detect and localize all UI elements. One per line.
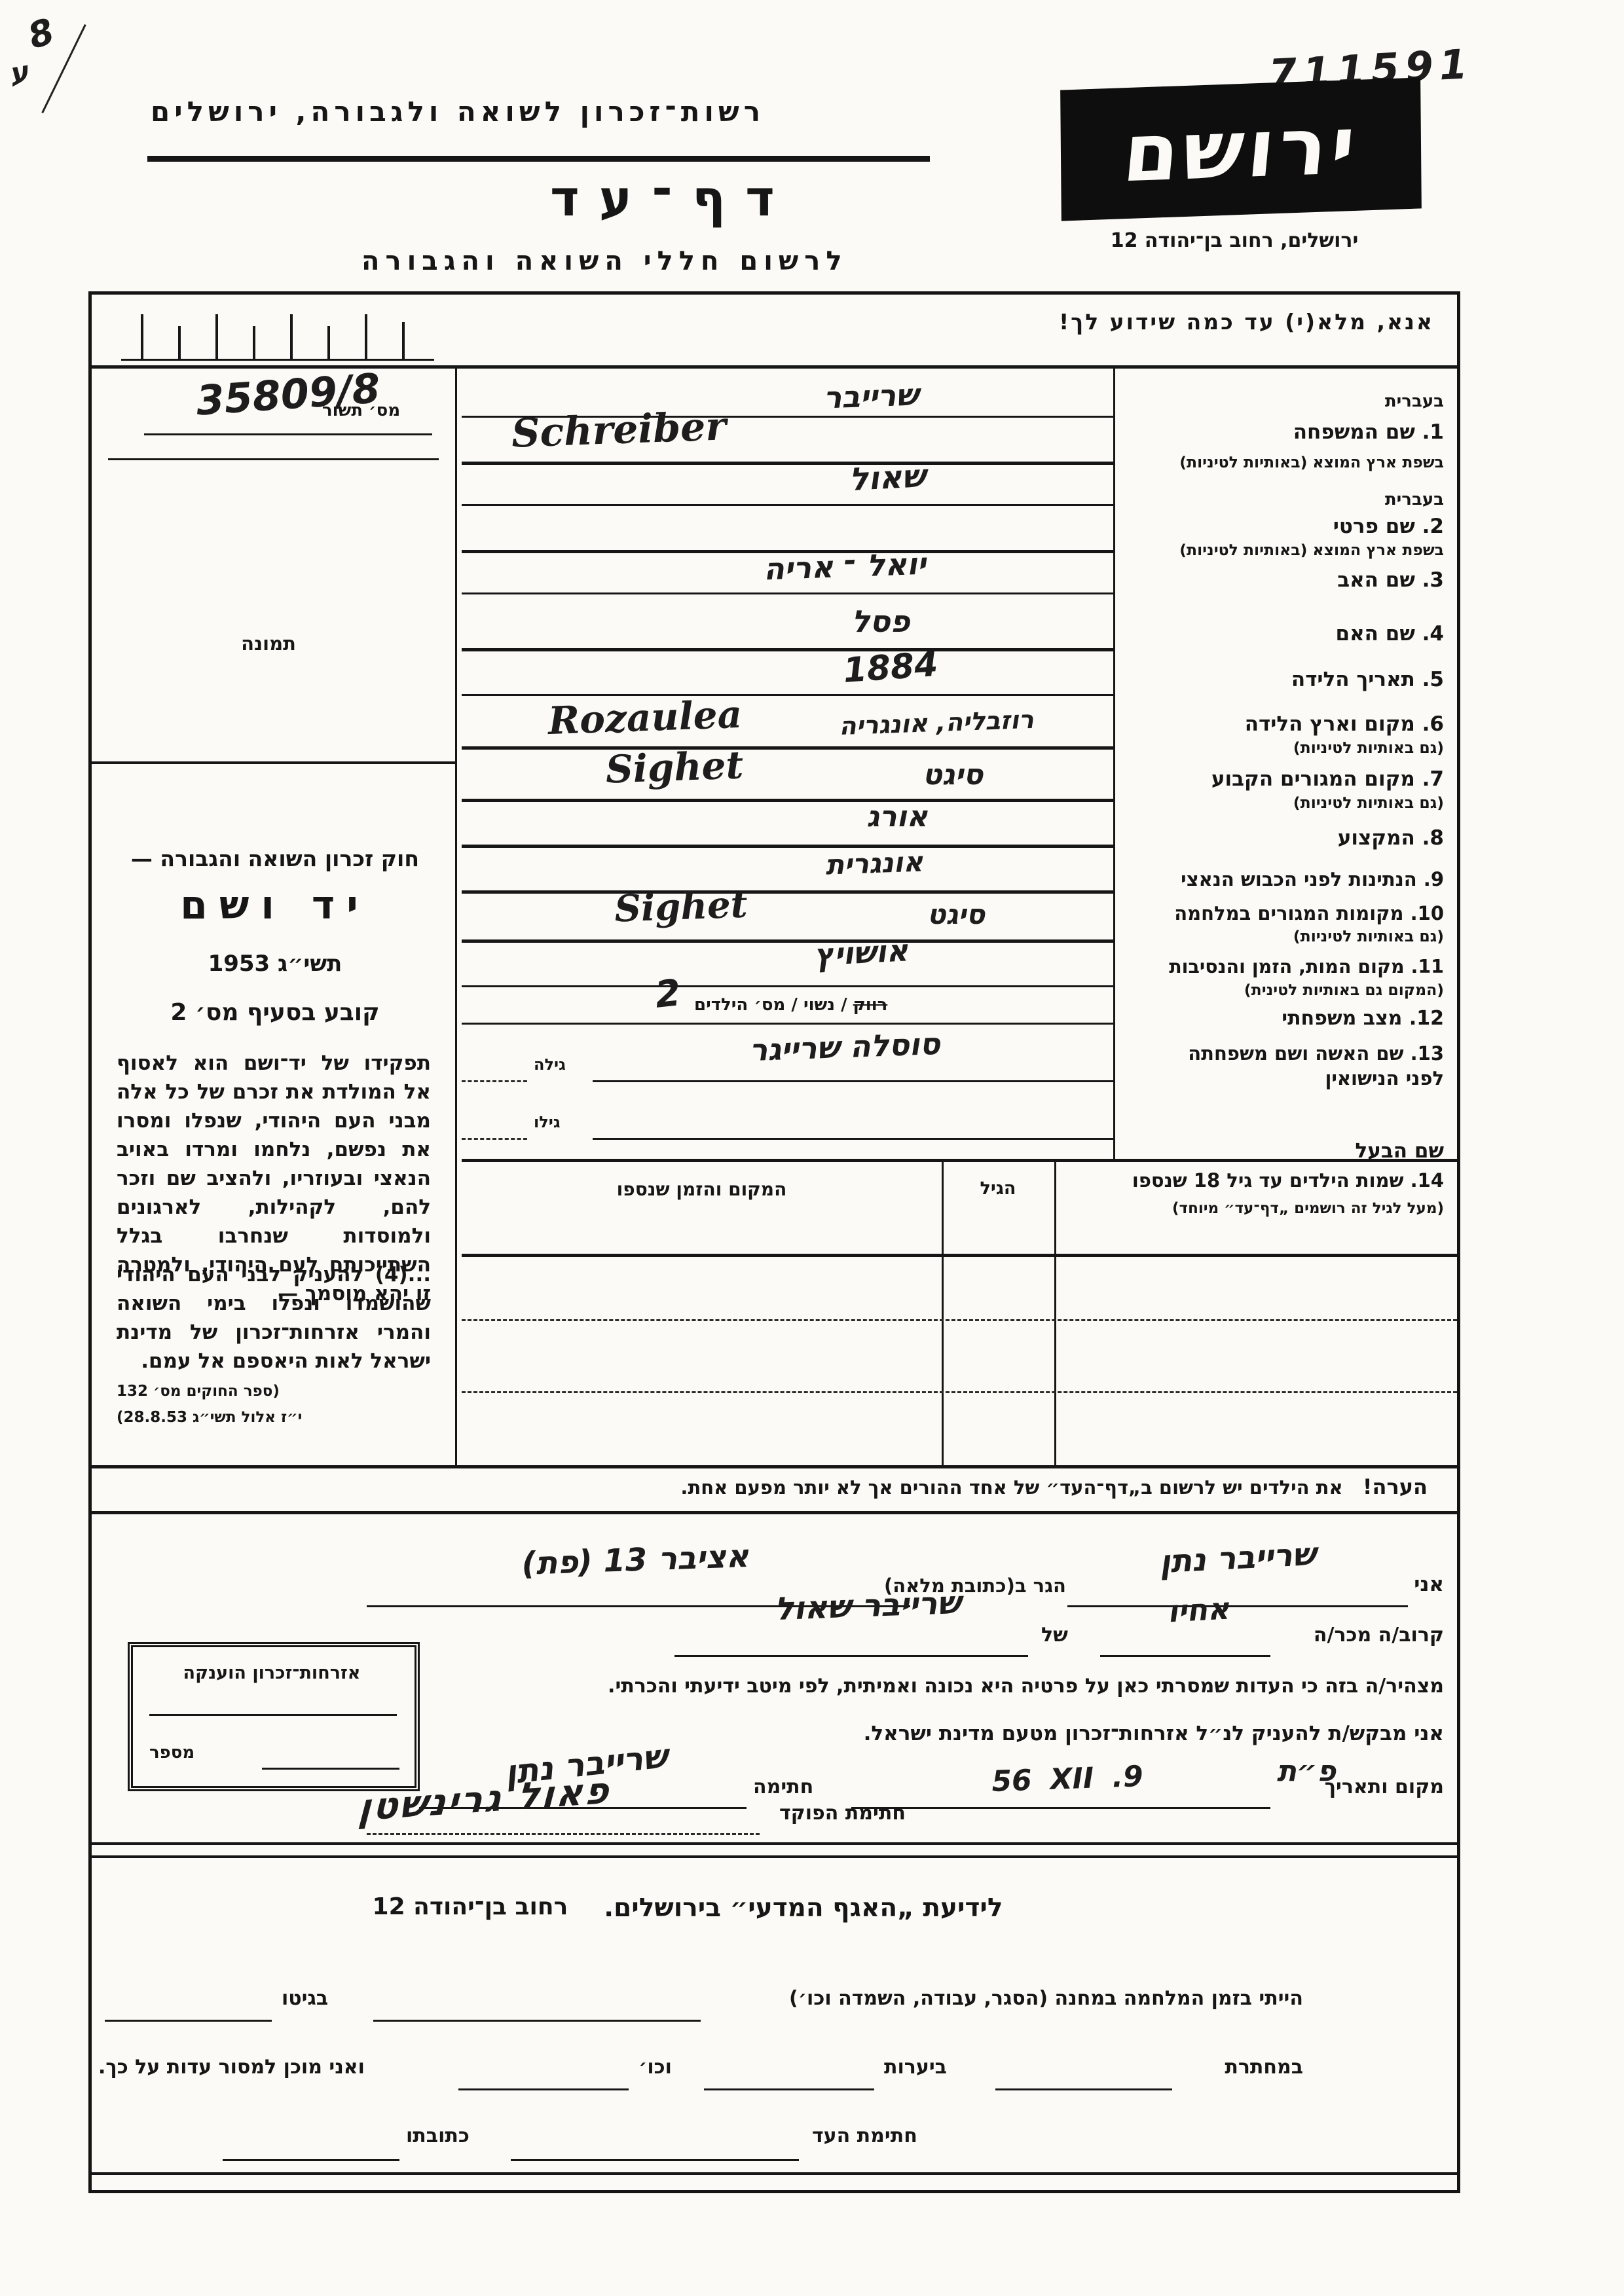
law-source-line2: י״ז אלול תשי״ג 28.8.53) <box>117 1409 302 1426</box>
yad-vashem-logo: ירושם <box>1060 77 1422 221</box>
label-column-divider <box>1113 367 1115 1159</box>
first-name-handwritten: שאול <box>821 456 954 500</box>
law-year: תשי״ג 1953 <box>111 951 439 977</box>
page-subtitle: לרשום חללי השואה והגבורה <box>361 246 848 276</box>
date-month: XII <box>1050 1762 1094 1796</box>
citizenship-handwritten: אונגרית <box>798 845 950 882</box>
field14-label: 14. שמות הילדים עד גיל 18 שנספו <box>1132 1169 1444 1192</box>
header-rule <box>147 156 930 162</box>
birth-year-handwritten: 1884 <box>830 644 951 691</box>
left-column-divider <box>455 367 457 1465</box>
witness-signature-bottom-label: חתימת העד <box>812 2124 917 2147</box>
comb-tick <box>327 326 330 359</box>
page-title: דף־עד <box>550 169 794 227</box>
corner-handwritten-number: 8 <box>23 10 59 58</box>
science-branch-title-row: לידיעת „האגף המדעי״ בירושלים. רחוב בן־יה… <box>314 1893 1061 1923</box>
memorial-number-label: מספר <box>149 1743 194 1762</box>
comb-tick <box>178 326 181 359</box>
marital-status-options: רווק / נשוי / מס׳ הילדים <box>694 995 887 1015</box>
field6-sublabel: (גם באותיות לטיניות) <box>1293 738 1444 757</box>
testimony-page-scan: 8 ע 711591 רשות־זכרון לשואה ולגבורה, ירו… <box>0 0 1624 2296</box>
children-place-column-header: המקום והזמן שנספו <box>462 1178 942 1200</box>
rule <box>92 1511 1457 1514</box>
fill-line <box>851 1807 1270 1809</box>
fill-line <box>149 1714 397 1716</box>
declaration-statement-1: מצהיר/ה בזה כי העדות שמסרתי כאן על פרטיה… <box>608 1675 1444 1698</box>
field11-label: 11. מקום המות, הזמן והנסיבות <box>1169 956 1444 977</box>
writing-line <box>462 845 1113 848</box>
age-dash-line <box>462 1080 527 1082</box>
fill-line <box>995 2088 1172 2090</box>
comb-tick <box>290 314 293 359</box>
field1-sublabel: בשפת ארץ המוצא (באותיות לטיניות) <box>1179 453 1444 471</box>
writing-line <box>462 504 1113 506</box>
field2-hebrew-caption: בעברית <box>1385 490 1444 509</box>
residence-latin-handwritten: Sighet <box>556 741 793 794</box>
children-age-column-header: הגיל <box>942 1178 1054 1199</box>
writing-line <box>593 1138 1113 1140</box>
residence-hebrew-handwritten: סיגט <box>897 758 1008 792</box>
children-count-handwritten: 2 <box>643 971 693 1018</box>
field4-label: 4. שם האם <box>1336 622 1444 646</box>
field1-label: 1. שם המשפחה <box>1293 420 1444 444</box>
field2-sublabel: בשפת ארץ המוצא (באותיות לטיניות) <box>1179 541 1444 559</box>
mother-name-handwritten: פסל <box>832 604 930 639</box>
children-table-bottom-rule <box>92 1465 1457 1468</box>
fill-line <box>262 1768 399 1770</box>
options-rest: / נשוי / מס׳ הילדים <box>694 995 847 1015</box>
date-year: 56 <box>991 1764 1033 1798</box>
fill-line <box>704 2088 874 2090</box>
place-date-label: מקום ותאריך <box>1325 1776 1444 1798</box>
field1-hebrew-caption: בעברית <box>1385 392 1444 411</box>
children-row-line <box>462 1319 1457 1321</box>
law-clause: ‏...(4) להעניק לבני העם היהודי שהושמדו ו… <box>117 1260 431 1376</box>
comb-tick <box>141 314 143 359</box>
war-residence-latin-handwritten: Sighet <box>576 881 786 932</box>
children-row-line <box>462 1391 1457 1393</box>
writing-line <box>462 648 1113 651</box>
bottom-inner-rule <box>92 2172 1457 2175</box>
fill-line <box>1100 1655 1270 1657</box>
rule <box>92 365 1457 369</box>
field11-sublabel: (המקום גם באותיות לטינית) <box>1244 981 1444 999</box>
note-line: הערה! את הילדים יש לרשום ב„דף־העד״ של אח… <box>680 1474 1428 1499</box>
fill-line <box>105 2020 272 2022</box>
registration-number-label: מס׳ תשור <box>322 401 400 420</box>
fill-line <box>367 1833 760 1835</box>
underground-label: במחתרת <box>1225 2056 1303 2079</box>
law-section: קובע בסעיף מס׳ 2 <box>111 999 439 1026</box>
comb-tick <box>402 322 405 359</box>
place-handwritten: פ״ת <box>1274 1755 1339 1788</box>
witness-address-label: כתובתו <box>406 2124 470 2147</box>
field3-label: 3. שם האב <box>1337 568 1444 592</box>
field10-sublabel: (גם באותיות לטיניות) <box>1293 927 1444 945</box>
official-signature-label: חתימת הפוקד <box>779 1802 906 1825</box>
option-single-struck: רווק <box>853 995 888 1015</box>
relation-handwritten: אחיו <box>1126 1588 1272 1631</box>
field13-label-line2: לפני הנישואין <box>1325 1067 1444 1089</box>
fill-line <box>373 2020 701 2022</box>
note-title: הערה! <box>1363 1474 1428 1499</box>
comb-tick <box>215 314 218 359</box>
field10-label: 10. מקומות המגורים במלחמה <box>1174 902 1444 924</box>
comb-tick <box>253 326 255 359</box>
writing-line <box>462 985 1113 987</box>
field6-label: 6. מקום וארץ הלידה <box>1245 712 1444 736</box>
date-day: 9. <box>1111 1760 1143 1795</box>
of-label: של <box>1041 1624 1068 1647</box>
field9-label: 9. הנתינות לפני הכבוש הנאצי <box>1181 868 1444 890</box>
fill-line <box>511 2159 799 2161</box>
field2-label: 2. שם פרטי <box>1333 515 1444 538</box>
science-branch-title: לידיעת „האגף המדעי״ בירושלים. <box>604 1893 1003 1923</box>
children-column-divider <box>942 1159 944 1465</box>
profession-handwritten: אורג <box>845 800 950 833</box>
law-heading: חוק זכרון השואה והגבורה — <box>111 846 439 871</box>
writing-line <box>462 1023 1113 1025</box>
comb-baseline <box>121 359 434 361</box>
field8-label: 8. המקצוע <box>1338 826 1444 850</box>
writing-line <box>593 1080 1113 1082</box>
declaration-statement-2: אני מבקש/ת להעניק לנ״ל אזרחות־זכרון מטעם… <box>864 1722 1444 1745</box>
ghetto-label: בגיטו <box>282 1987 328 2010</box>
field7-label: 7. מקום המגורים הקבוע <box>1211 767 1444 791</box>
science-branch-address: רחוב בן־יהודה 12 <box>373 1893 568 1923</box>
rule <box>144 433 432 435</box>
family-name-latin-handwritten: Schreiber <box>477 403 760 458</box>
declarant-i-label: אני <box>1414 1573 1444 1596</box>
war-residence-hebrew-handwritten: סיגט <box>904 898 1008 930</box>
field13-label: 13. שם האשה ושם משפחתה <box>1188 1042 1444 1065</box>
rule <box>108 458 439 460</box>
writing-line <box>462 462 1113 465</box>
authority-title: רשות־זכרון לשואה ולגבורה, ירושלים <box>151 96 765 128</box>
section-divider-rule <box>92 1842 1457 1845</box>
children-table-top-rule <box>462 1159 1457 1162</box>
memorial-granted-label: אזרחות־זכרון הוענקה <box>141 1663 403 1683</box>
fill-instruction: אנא, מלא(י) עד כמה שידוע לך! <box>1059 309 1434 335</box>
wife-age-label: גילה <box>534 1055 566 1074</box>
logo-address: ירושלים, רחוב בן־יהודה 12 <box>1064 229 1405 252</box>
field5-label: 5. תאריך הלידה <box>1291 668 1444 691</box>
husband-age-label: גילו <box>534 1113 561 1131</box>
forests-label: ביערות <box>884 2056 947 2079</box>
photo-label: תמונה <box>216 632 321 655</box>
ready-to-testify-label: ואני מוכן למסור עדות על כך. <box>98 2056 365 2079</box>
children-column-divider <box>1054 1159 1056 1465</box>
camps-label: הייתי בזמן המלחמה במחנה (הסגר, עבודה, הש… <box>789 1987 1303 2010</box>
writing-line <box>462 890 1113 894</box>
fill-line <box>223 2159 399 2161</box>
section-divider-rule <box>92 1855 1457 1858</box>
comb-tick <box>365 314 367 359</box>
note-text: את הילדים יש לרשום ב„דף־העד״ של אחד ההור… <box>680 1476 1342 1499</box>
etc-label: וכו׳ <box>638 2056 672 2079</box>
photo-box-bottom-rule <box>92 761 456 764</box>
yad-vashem-name: יד ושם <box>111 883 439 928</box>
children-header-bottom-rule <box>462 1254 1457 1257</box>
field12-label: 12. מצב משפחתי <box>1282 1007 1444 1030</box>
age-dash-line <box>462 1138 527 1140</box>
writing-line <box>462 592 1113 594</box>
logo-text: ירושם <box>1119 98 1363 200</box>
law-source-line1: (ספר החוקים מס׳ 132 <box>117 1383 280 1400</box>
relation-label: קרוב/ה מכר/ה <box>1314 1624 1444 1647</box>
fill-line <box>458 2088 629 2090</box>
field14-sublabel: (מעל לגיל זה רושמים „דף־עד״ מיוחד) <box>1172 1200 1444 1217</box>
writing-line <box>462 799 1113 802</box>
field7-sublabel: (גם באותיות לטיניות) <box>1293 793 1444 812</box>
fill-line <box>674 1655 1028 1657</box>
corner-handwritten-letter: ע <box>7 55 31 91</box>
